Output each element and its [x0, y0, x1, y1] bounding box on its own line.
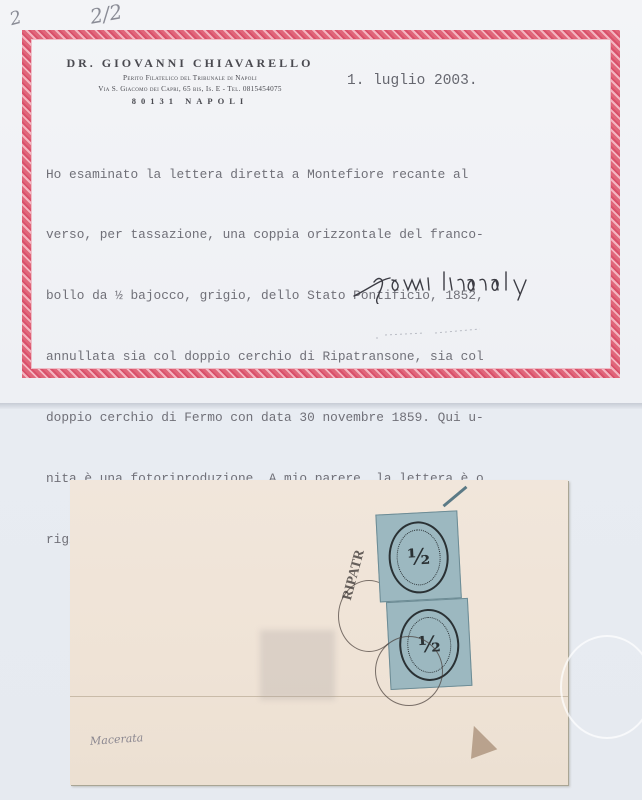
letterhead: DR. GIOVANNI CHIAVARELLO Perito Filateli… — [40, 56, 340, 106]
pencil-note: 2 — [7, 7, 23, 30]
body-line: doppio cerchio di Fermo con data 30 nove… — [46, 408, 606, 428]
smudge — [260, 630, 335, 700]
pencil-note: 2/2 — [88, 0, 124, 29]
certificate-date: 1. luglio 2003. — [347, 73, 478, 89]
stamp: ½ — [375, 510, 461, 602]
letter-cover: RIPATR ½ ½ Macerata — [70, 480, 568, 785]
embossed-seal — [560, 635, 642, 739]
body-line: verso, per tassazione, una coppia orizzo… — [46, 225, 606, 245]
stamp-oval: ½ — [387, 520, 451, 595]
letterhead-city: 80131 NAPOLI — [40, 96, 340, 106]
faint-pencil-mark — [375, 327, 485, 341]
letterhead-title: Perito Filatelico del Tribunale di Napol… — [40, 74, 340, 82]
certificate-sheet: 2 2/2 DR. GIOVANNI CHIAVARELLO Perito Fi… — [0, 0, 642, 403]
pen-stroke — [443, 486, 468, 508]
tax-mark — [461, 721, 498, 759]
letterhead-name: DR. GIOVANNI CHIAVARELLO — [40, 56, 340, 71]
sheet-edge — [0, 403, 642, 409]
body-line: Ho esaminato la lettera diretta a Montef… — [46, 165, 606, 185]
letterhead-address: Via S. Giacomo dei Capri, 65 bis, Is. E … — [40, 85, 340, 93]
signature — [350, 268, 540, 304]
stamp-denomination: ½ — [407, 544, 431, 571]
docket-note: Macerata — [90, 731, 144, 748]
postmark-fermo — [375, 636, 443, 706]
body-line: annullata sia col doppio cerchio di Ripa… — [46, 347, 606, 367]
